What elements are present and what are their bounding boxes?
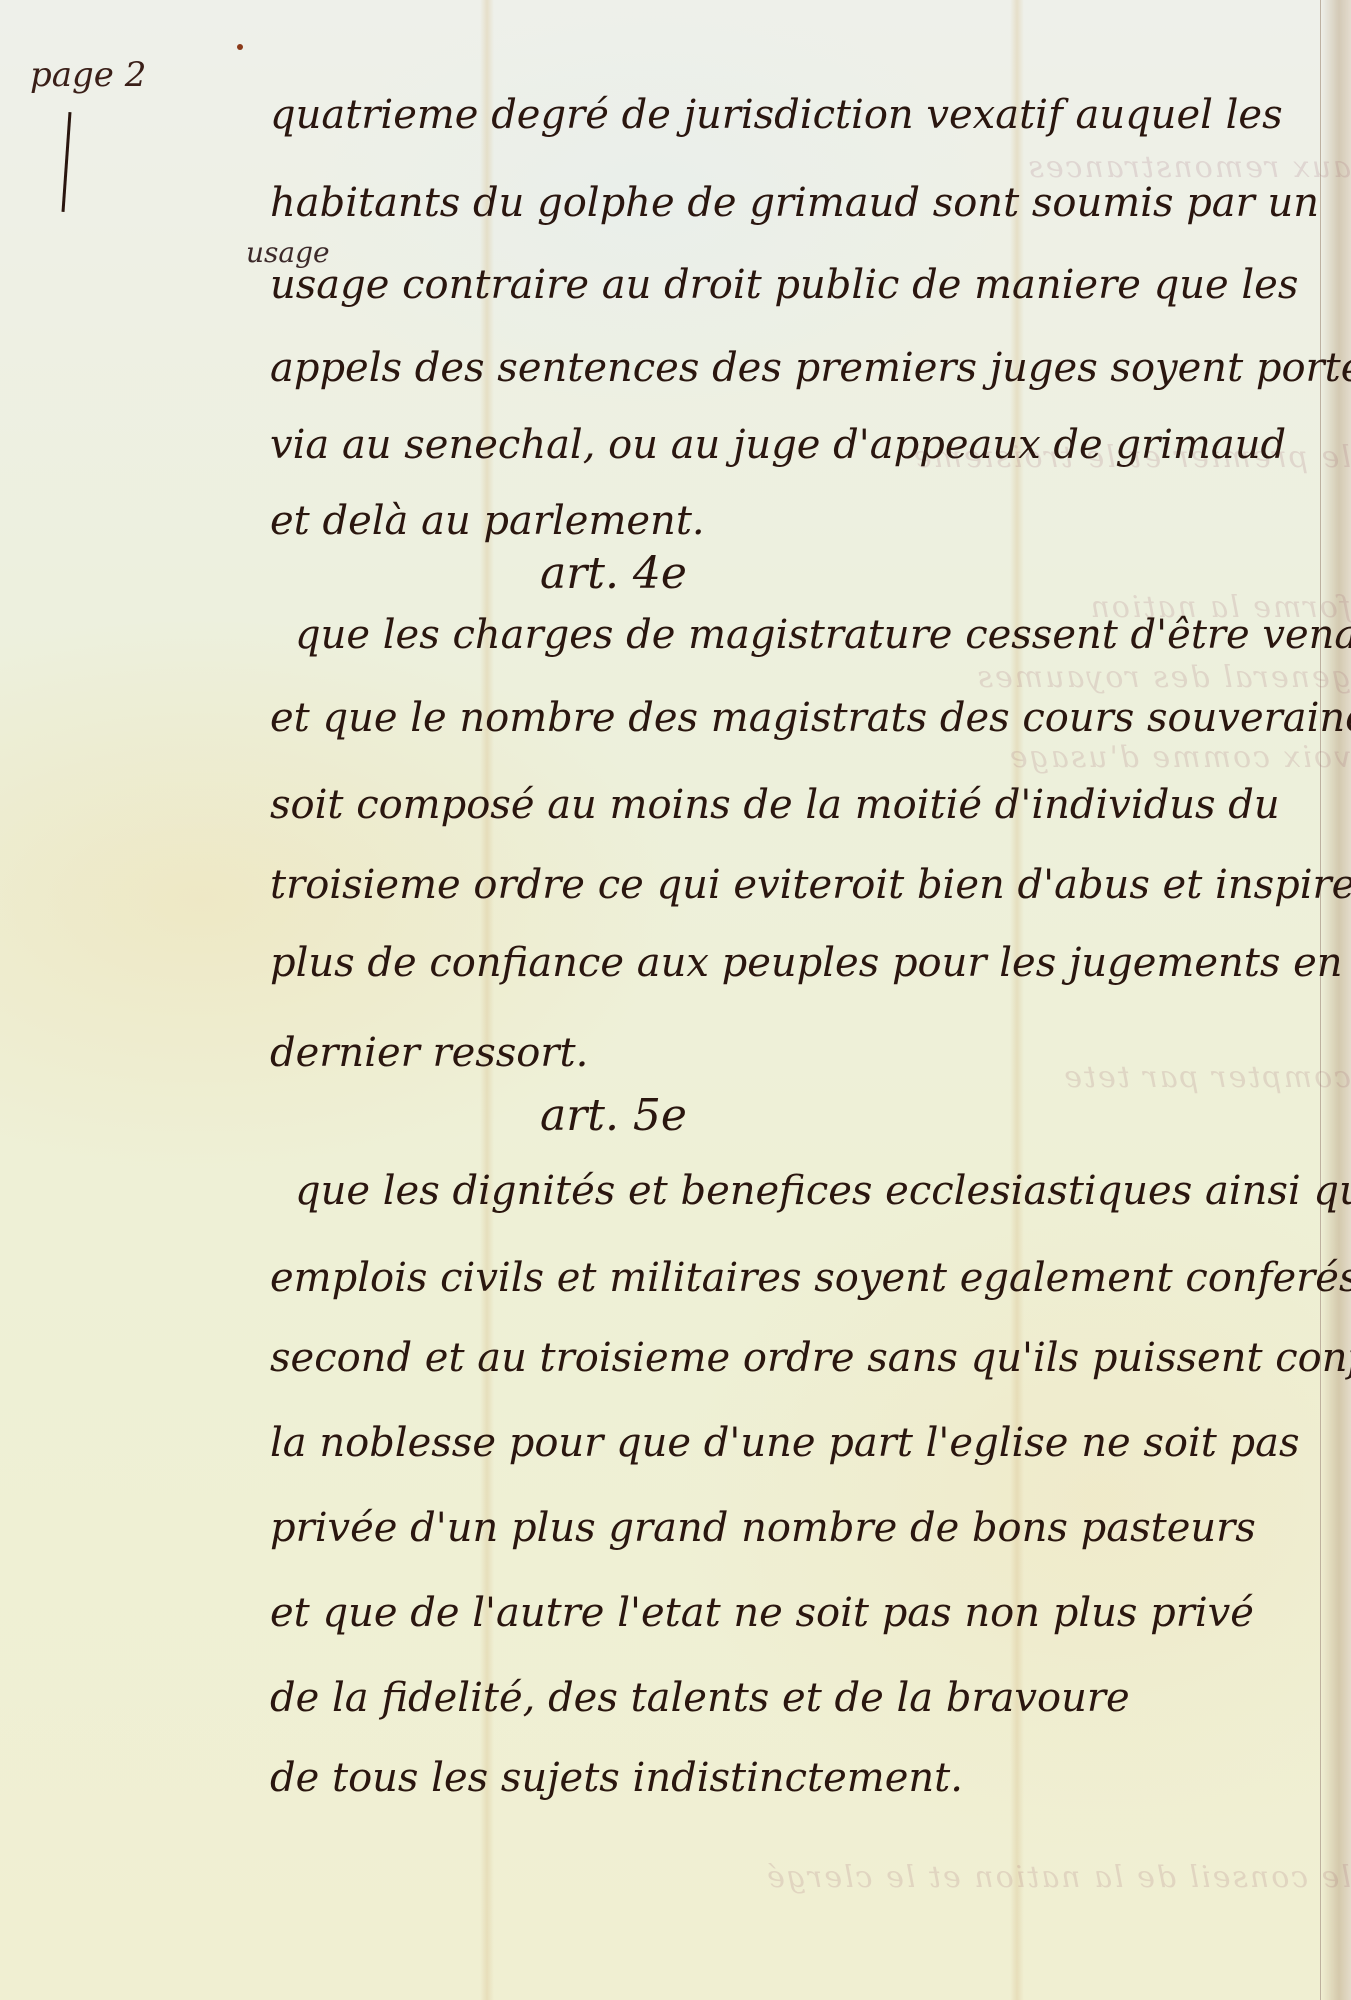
bleed-through-text: le conseil de la nation et le clergé: [120, 1860, 1351, 1895]
margin-mark: [62, 112, 72, 212]
manuscript-line: via au senechal, ou au juge d'appeaux de…: [270, 422, 1286, 468]
manuscript-line: second et au troisieme ordre sans qu'ils…: [270, 1335, 1351, 1381]
manuscript-line: plus de confiance aux peuples pour les j…: [270, 940, 1343, 986]
manuscript-line: dernier ressort.: [270, 1030, 588, 1076]
manuscript-line: troisieme ordre ce qui eviteroit bien d'…: [270, 862, 1351, 908]
manuscript-line: et delà au parlement.: [270, 498, 705, 544]
manuscript-line: que les dignités et benefices ecclesiast…: [295, 1168, 1351, 1214]
page-edge: [1320, 0, 1351, 2000]
manuscript-line: appels des sentences des premiers juges …: [270, 345, 1351, 391]
page-label: page 2: [30, 55, 146, 95]
article-heading: art. 4e: [540, 548, 687, 599]
bleed-through-text: voix comme d'usage: [40, 740, 1351, 775]
manuscript-line: de la fidelité, des talents et de la bra…: [270, 1675, 1130, 1721]
manuscript-line: privée d'un plus grand nombre de bons pa…: [270, 1505, 1256, 1551]
manuscript-line: et que de l'autre l'etat ne soit pas non…: [270, 1590, 1254, 1636]
manuscript-line: usage contraire au droit public de manie…: [270, 262, 1298, 308]
ink-spot: [237, 44, 243, 50]
manuscript-line: quatrieme degré de jurisdiction vexatif …: [270, 92, 1283, 138]
article-heading: art. 5e: [540, 1090, 687, 1141]
manuscript-line: que les charges de magistrature cessent …: [295, 612, 1351, 658]
manuscript-line: soit composé au moins de la moitié d'ind…: [270, 782, 1280, 828]
manuscript-line: emplois civils et militaires soyent egal…: [270, 1255, 1351, 1301]
manuscript-line: de tous les sujets indistinctement.: [270, 1755, 963, 1801]
manuscript-line: habitants du golphe de grimaud sont soum…: [270, 180, 1319, 226]
bleed-through-text: general des royaumes: [40, 660, 1351, 695]
manuscript-line: et que le nombre des magistrats des cour…: [270, 695, 1351, 741]
manuscript-line: la noblesse pour que d'une part l'eglise…: [270, 1420, 1300, 1466]
